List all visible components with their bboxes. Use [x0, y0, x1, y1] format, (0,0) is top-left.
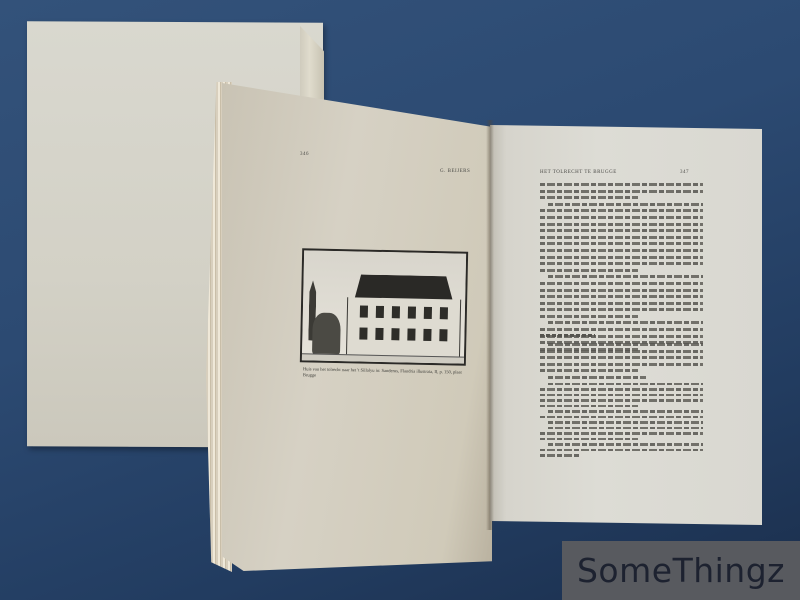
body-text-bottom [540, 328, 703, 460]
right-page-number: 347 [680, 170, 689, 175]
left-running-head: G. BEIJERS [440, 169, 470, 174]
right-running-head: HET TOLRECHT TE BRUGGE [540, 170, 617, 175]
photo-scene: 346 G. BEIJERS Huis van het tolrecht naa… [0, 0, 800, 600]
watermark-badge: SomeThingz [562, 541, 800, 600]
watermark-text: SomeThingz [577, 551, 785, 590]
section-heading [540, 334, 595, 337]
book-gutter [486, 120, 494, 530]
left-page-number: 346 [300, 152, 309, 157]
facade-shape [346, 297, 461, 357]
tree-shape [312, 313, 341, 356]
building-engraving [300, 248, 468, 365]
